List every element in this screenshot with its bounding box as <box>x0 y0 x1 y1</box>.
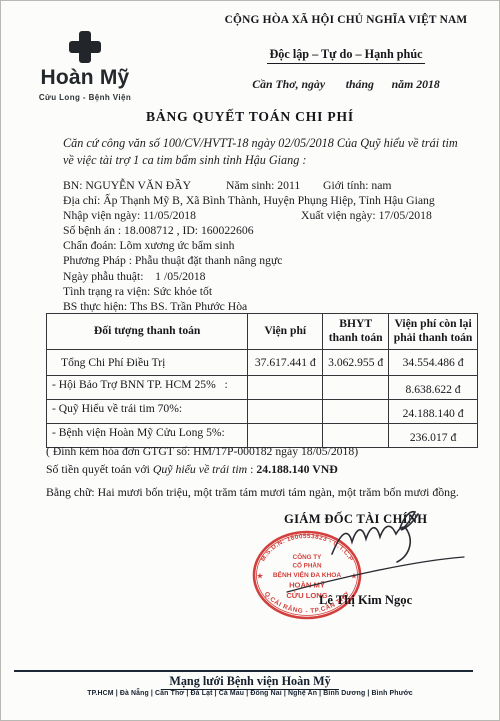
patient-birth-year: Năm sinh: 2011 <box>226 178 323 193</box>
basis-paragraph: Căn cứ công văn số 100/CV/HVTT-18 ngày 0… <box>63 135 461 169</box>
header-payment-object: Đối tượng thanh toán <box>47 314 248 350</box>
row-total-vienphi: 37.617.441 đ <box>248 349 323 375</box>
diagnosis: Chẩn đoán: Lõm xương ức bẩm sinh <box>63 238 467 253</box>
cost-settlement-table: Đối tượng thanh toán Viện phí BHYT thanh… <box>46 313 478 448</box>
settlement-prefix: Số tiền quyết toán với <box>46 462 153 476</box>
basis-line1: Căn cứ công văn số 100/CV/HVTT-18 ngày 0… <box>63 135 461 152</box>
row-sponsor2-bhyt <box>323 399 389 423</box>
stamp-star-left-icon: ★ <box>256 572 263 581</box>
patient-address: Địa chỉ: Ấp Thạnh Mỹ B, Xã Bình Thành, H… <box>63 193 467 208</box>
logo-subtitle: Cửu Long - Bệnh Viện <box>26 93 144 102</box>
stamp-and-signature-art: M.S.D.N: 1800553823 - C.T.C.P Q.CÁI RĂNG… <box>231 501 500 641</box>
footer-network-title: Mạng lưới Bệnh viện Hoàn Mỹ <box>1 674 499 689</box>
footer-divider <box>14 670 473 672</box>
stamp-inner-line3: BỆNH VIỆN ĐA KHOA <box>273 570 342 579</box>
table-row: Tổng Chi Phí Điều Trị 37.617.441 đ 3.062… <box>47 349 478 375</box>
stamp-inner-line1: CÔNG TY <box>293 552 322 561</box>
row-sponsor1-bhyt <box>323 375 389 399</box>
surgical-method: Phương Pháp : Phẫu thuật đặt thanh nâng … <box>63 253 467 268</box>
signatory-name: Lê Thị Kim Ngọc <box>319 593 412 608</box>
table-row: - Hội Bảo Trợ BNN TP. HCM 25% : 8.638.62… <box>47 375 478 399</box>
row-total-label: Tổng Chi Phí Điều Trị <box>47 349 248 375</box>
row-total-bhyt: 3.062.955 đ <box>323 349 389 375</box>
row-sponsor3-bhyt <box>323 423 389 447</box>
patient-info: BN: NGUYỄN VĂN ĐẦY Năm sinh: 2011 Giới t… <box>63 178 467 314</box>
row-sponsor2-vienphi <box>248 399 323 423</box>
national-motto-line1: CỘNG HÒA XÃ HỘI CHỦ NGHĨA VIỆT NAM <box>196 14 496 26</box>
settlement-separator: : <box>247 462 256 476</box>
row-total-remaining: 34.554.486 đ <box>389 349 478 375</box>
row-sponsor3-label: - Bệnh viện Hoàn Mỹ Cửu Long 5%: <box>47 423 248 447</box>
stamp-inner-line4: HOÀN MỸ <box>289 581 325 590</box>
invoice-attachment-note: ( Đính kèm hóa đơn GTGT số: HM/17P-00018… <box>46 445 358 458</box>
settlement-amount: 24.188.140 VNĐ <box>256 462 337 476</box>
row-sponsor3-remaining: 236.017 đ <box>389 423 478 447</box>
stamp-inner-line2: CỔ PHẦN <box>292 560 321 570</box>
logo-title: Hoàn Mỹ <box>26 66 144 90</box>
table-header-row: Đối tượng thanh toán Viện phí BHYT thanh… <box>47 314 478 350</box>
surgery-date: Ngày phẫu thuật: 1 /05/2018 <box>63 269 467 284</box>
patient-name: BN: NGUYỄN VĂN ĐẦY <box>63 178 226 193</box>
row-sponsor2-label: - Quỹ Hiểu về trái tim 70%: <box>47 399 248 423</box>
scanned-document-page: Hoàn Mỹ Cửu Long - Bệnh Viện CỘNG HÒA XÃ… <box>0 0 500 721</box>
fund-name: Quỹ hiểu về trái tim <box>153 462 247 476</box>
basis-line2: về việc tài trợ 1 ca tim bẩm sinh tỉnh H… <box>63 152 461 169</box>
medical-record-id: Số bệnh án : 18.008712 , ID: 160022606 <box>63 223 467 238</box>
patient-gender: Giới tính: nam <box>323 178 392 193</box>
table-row: - Quỹ Hiểu về trái tim 70%: 24.188.140 đ <box>47 399 478 423</box>
place-date-line: Cần Thơ, ngày tháng năm 2018 <box>196 77 496 92</box>
admission-date: Nhập viện ngày: 11/05/2018 <box>63 208 301 223</box>
header-remaining-fee: Viện phí còn lại phải thanh toán <box>389 314 478 350</box>
row-sponsor1-label: - Hội Bảo Trợ BNN TP. HCM 25% : <box>47 375 248 399</box>
footer-locations: TP.HCM | Đà Nẵng | Cần Thơ | Đà Lạt | Cà… <box>1 690 499 697</box>
discharge-status: Tình trạng ra viện: Sức khỏe tốt <box>63 284 467 299</box>
national-motto-line2: Độc lập – Tự do – Hạnh phúc <box>267 46 424 64</box>
header-hospital-fee: Viện phí <box>248 314 323 350</box>
hospital-logo: Hoàn Mỹ Cửu Long - Bệnh Viện <box>26 31 144 102</box>
amount-in-words: Bằng chữ: Hai mươi bốn triệu, một trăm t… <box>46 485 459 500</box>
row-sponsor2-remaining: 24.188.140 đ <box>389 399 478 423</box>
document-title: BẢNG QUYẾT TOÁN CHI PHÍ <box>1 109 499 125</box>
header-insurance: BHYT thanh toán <box>323 314 389 350</box>
row-sponsor3-vienphi <box>248 423 323 447</box>
settlement-amount-line: Số tiền quyết toán với Quỹ hiểu về trái … <box>46 462 338 477</box>
discharge-date: Xuất viện ngày: 17/05/2018 <box>301 208 432 223</box>
table-row: - Bệnh viện Hoàn Mỹ Cửu Long 5%: 236.017… <box>47 423 478 447</box>
national-header: CỘNG HÒA XÃ HỘI CHỦ NGHĨA VIỆT NAM Độc l… <box>196 14 496 92</box>
attending-doctor: BS thực hiện: Ths BS. Trần Phước Hòa <box>63 299 467 314</box>
hoanmy-cross-icon <box>69 31 101 63</box>
row-sponsor1-vienphi <box>248 375 323 399</box>
row-sponsor1-remaining: 8.638.622 đ <box>389 375 478 399</box>
